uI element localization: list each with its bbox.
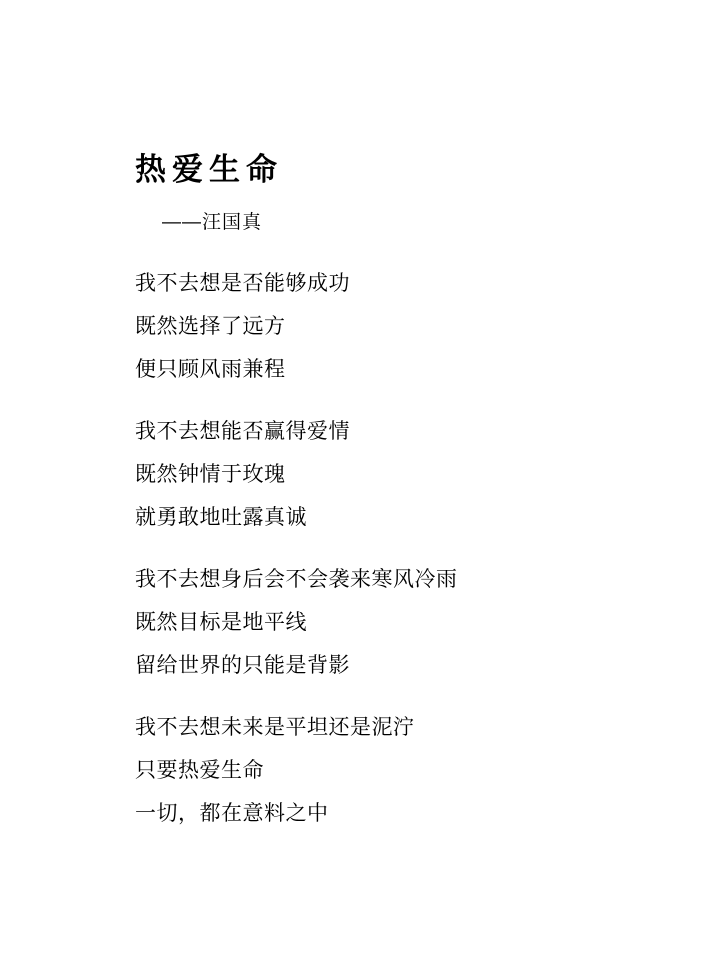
poem-line: 我不去想是否能够成功 (135, 273, 667, 295)
poem-line: 只要热爱生命 (135, 760, 667, 782)
poem-stanza: 我不去想是否能够成功 既然选择了远方 便只顾风雨兼程 (135, 273, 667, 381)
poem-line: 我不去想未来是平坦还是泥泞 (135, 717, 667, 739)
poem-line: 就勇敢地吐露真诚 (135, 507, 667, 529)
poem-line: 既然钟情于玫瑰 (135, 464, 667, 486)
poem-line: 既然选择了远方 (135, 316, 667, 338)
poem-stanza: 我不去想能否赢得爱情 既然钟情于玫瑰 就勇敢地吐露真诚 (135, 421, 667, 529)
poem-line: 留给世界的只能是背影 (135, 655, 667, 677)
poem-stanza: 我不去想身后会不会袭来寒风冷雨 既然目标是地平线 留给世界的只能是背影 (135, 569, 667, 677)
document-page: 热爱生命 ——汪国真 我不去想是否能够成功 既然选择了远方 便只顾风雨兼程 我不… (0, 0, 727, 960)
poem-line: 我不去想身后会不会袭来寒风冷雨 (135, 569, 667, 591)
poem-author-line: ——汪国真 (162, 213, 667, 233)
poem-line: 既然目标是地平线 (135, 612, 667, 634)
poem-title: 热爱生命 (135, 152, 667, 188)
poem-line: 我不去想能否赢得爱情 (135, 421, 667, 443)
poem-line: 一切，都在意料之中 (135, 803, 667, 825)
poem-line: 便只顾风雨兼程 (135, 359, 667, 381)
poem-stanza: 我不去想未来是平坦还是泥泞 只要热爱生命 一切，都在意料之中 (135, 717, 667, 825)
